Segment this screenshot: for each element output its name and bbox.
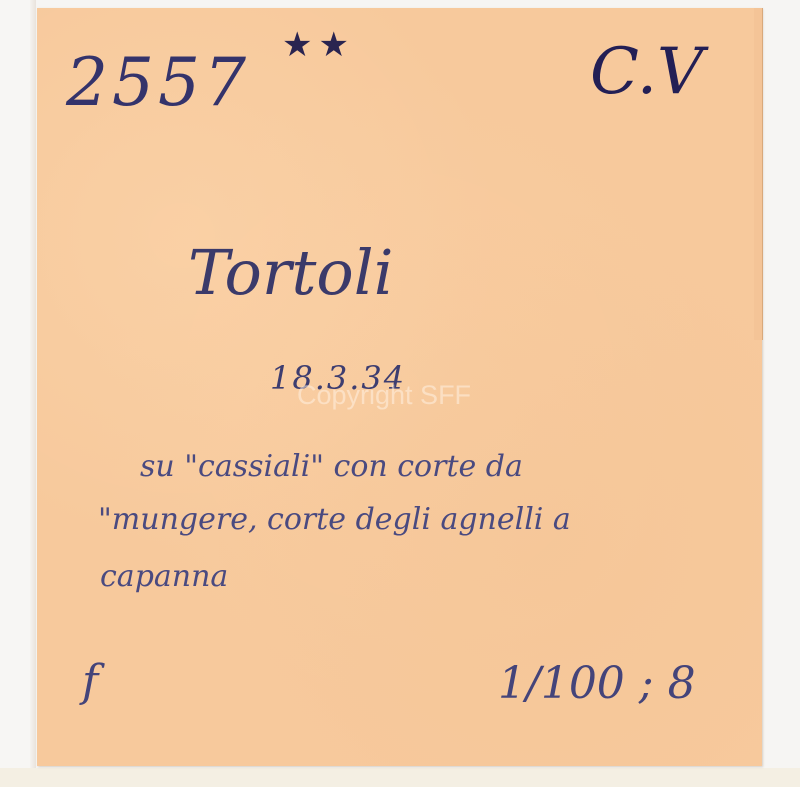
card-right-edge-layer [754, 8, 763, 340]
description-line-1: su "cassiali" con corte da [140, 452, 523, 482]
place-name: Tortoli [188, 242, 393, 304]
bottom-left-mark: f [82, 660, 98, 704]
copyright-watermark: Copyright SFF [297, 380, 471, 411]
catalog-number: 2557 [66, 50, 250, 116]
collection-code: C.V [590, 40, 703, 104]
star-marks-icon: ★★ [282, 28, 355, 62]
description-line-2: "mungere, corte degli agnelli a [98, 505, 571, 535]
bottom-right-mark: 1/100 ; 8 [498, 662, 696, 706]
description-line-3: capanna [100, 562, 228, 592]
background-bottom-margin [0, 768, 800, 787]
background-left-shadow [30, 0, 36, 787]
